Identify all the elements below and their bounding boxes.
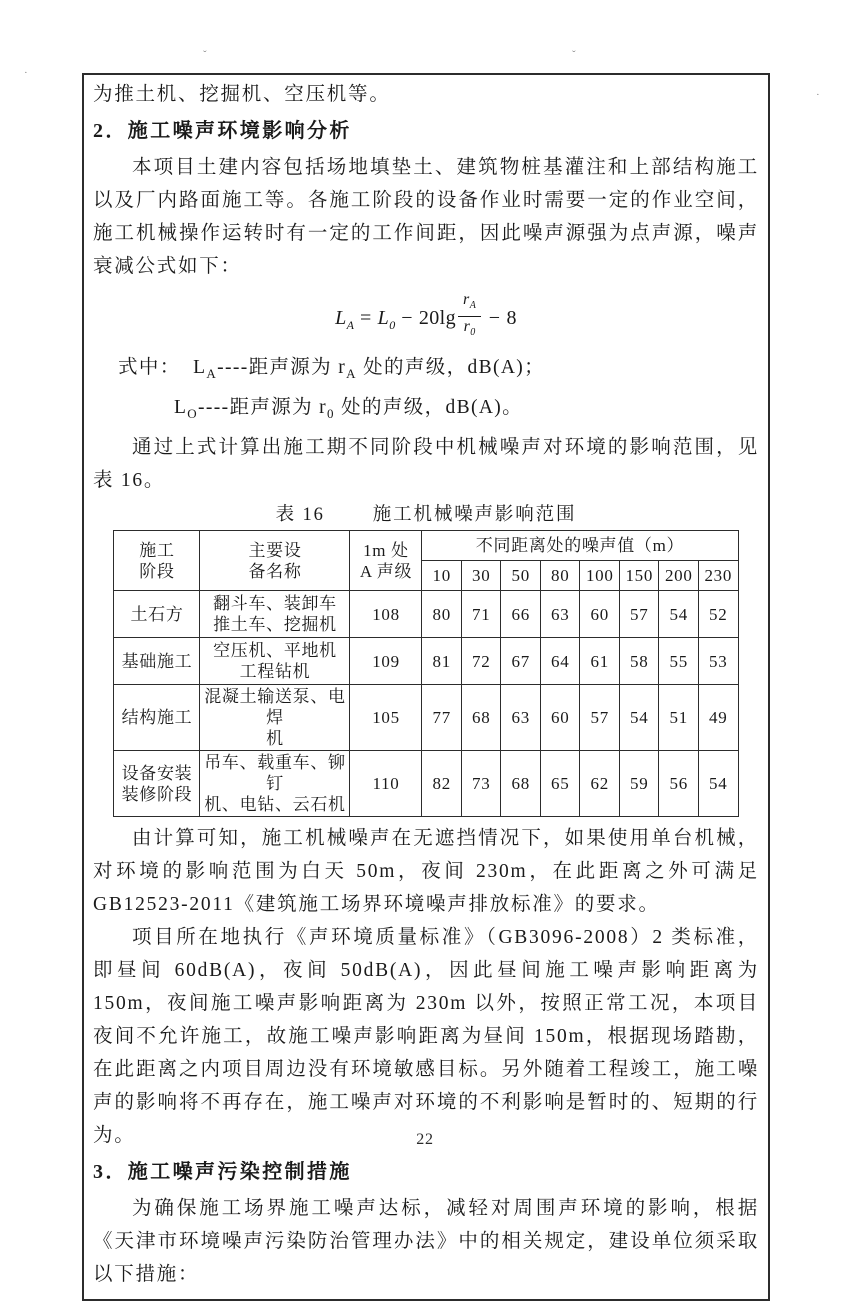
value-cell: 59: [619, 751, 659, 817]
formula-lhs: L: [335, 307, 347, 329]
section-2-paragraph-4: 项目所在地执行《声环境质量标准》（GB3096-2008）2 类标准，即昼间 6…: [93, 921, 759, 1152]
formula-log-term: 20lg: [419, 307, 456, 329]
value-cell: 65: [540, 751, 580, 817]
value-cell: 82: [422, 751, 462, 817]
value-cell: 54: [698, 751, 738, 817]
equipment-cell: 混凝土输送泵、电焊 机: [200, 685, 350, 751]
level-cell: 108: [350, 591, 422, 638]
table-row-earthwork: 土石方 翻斗车、装卸车 推土车、挖掘机 108 80 71 66 63 60 5…: [114, 591, 738, 638]
distance-header: 200: [659, 561, 699, 591]
paragraph-continuation: 为推土机、挖掘机、空压机等。: [93, 78, 759, 111]
value-cell: 52: [698, 591, 738, 638]
table-row-foundation: 基础施工 空压机、平地机 工程钻机 109 81 72 67 64 61 58 …: [114, 638, 738, 685]
section-2-paragraph-3: 由计算可知，施工机械噪声在无遮挡情况下，如果使用单台机械，对环境的影响范围为白天…: [93, 822, 759, 921]
value-cell: 73: [461, 751, 501, 817]
table-row-structure: 结构施工 混凝土输送泵、电焊 机 105 77 68 63 60 57 54 5…: [114, 685, 738, 751]
col-header-stage: 施工 阶段: [114, 531, 200, 591]
section-2-paragraph-2: 通过上式计算出施工期不同阶段中机械噪声对环境的影响范围，见表 16。: [93, 431, 759, 497]
value-cell: 63: [501, 685, 541, 751]
value-cell: 57: [580, 685, 620, 751]
level-cell: 105: [350, 685, 422, 751]
value-cell: 55: [659, 638, 699, 685]
stage-cell: 结构施工: [114, 685, 200, 751]
value-cell: 63: [540, 591, 580, 638]
scanned-document-page: { "intro": { "line": "为推土机、挖掘机、空压机等。" },…: [0, 0, 850, 1200]
distance-header: 80: [540, 561, 580, 591]
scan-speck: ·: [816, 90, 820, 101]
equipment-cell: 翻斗车、装卸车 推土车、挖掘机: [200, 591, 350, 638]
value-cell: 77: [422, 685, 462, 751]
level-cell: 109: [350, 638, 422, 685]
value-cell: 71: [461, 591, 501, 638]
noise-attenuation-formula: LA=L0−20lgrAr0−8: [93, 290, 759, 348]
scan-speck: ˇ: [572, 50, 576, 61]
formula-definition-la: 式中： LA----距声源为 rA 处的声级，dB(A)；: [93, 351, 759, 391]
stage-cell: 基础施工: [114, 638, 200, 685]
distance-header: 50: [501, 561, 541, 591]
content-border-frame: 为推土机、挖掘机、空压机等。 2．施工噪声环境影响分析 本项目土建内容包括场地填…: [82, 73, 770, 1301]
page-number: 22: [0, 1131, 850, 1149]
distance-header: 30: [461, 561, 501, 591]
distance-header: 230: [698, 561, 738, 591]
section-3-paragraph-1: 为确保施工场界施工噪声达标，减轻对周围声环境的影响，根据《天津市环境噪声污染防治…: [93, 1192, 759, 1291]
level-cell: 110: [350, 751, 422, 817]
value-cell: 58: [619, 638, 659, 685]
table-row-installation: 设备安装 装修阶段 吊车、载重车、铆钉 机、电钻、云石机 110 82 73 6…: [114, 751, 738, 817]
value-cell: 81: [422, 638, 462, 685]
formula-definition-lo: LO----距声源为 r0 处的声级，dB(A)。: [93, 391, 759, 431]
value-cell: 64: [540, 638, 580, 685]
value-cell: 68: [461, 685, 501, 751]
value-cell: 66: [501, 591, 541, 638]
formula-fraction: rAr0: [458, 290, 481, 342]
section-2-heading: 2．施工噪声环境影响分析: [93, 115, 759, 148]
value-cell: 72: [461, 638, 501, 685]
value-cell: 54: [619, 685, 659, 751]
equipment-cell: 空压机、平地机 工程钻机: [200, 638, 350, 685]
value-cell: 51: [659, 685, 699, 751]
value-cell: 60: [580, 591, 620, 638]
col-header-level-1m: 1m 处 A 声级: [350, 531, 422, 591]
col-header-distance-group: 不同距离处的噪声值（m）: [422, 531, 738, 561]
value-cell: 68: [501, 751, 541, 817]
value-cell: 67: [501, 638, 541, 685]
table-16-caption: 表 16施工机械噪声影响范围: [93, 500, 759, 526]
value-cell: 80: [422, 591, 462, 638]
value-cell: 60: [540, 685, 580, 751]
value-cell: 49: [698, 685, 738, 751]
col-header-equipment: 主要设 备名称: [200, 531, 350, 591]
section-2-paragraph-1: 本项目土建内容包括场地填垫土、建筑物桩基灌注和上部结构施工以及厂内路面施工等。各…: [93, 151, 759, 283]
equipment-cell: 吊车、载重车、铆钉 机、电钻、云石机: [200, 751, 350, 817]
scan-speck: ·: [24, 68, 28, 79]
value-cell: 56: [659, 751, 699, 817]
distance-header: 10: [422, 561, 462, 591]
stage-cell: 设备安装 装修阶段: [114, 751, 200, 817]
table-16-label: 表 16: [276, 505, 325, 525]
scan-speck: ˇ: [203, 50, 207, 61]
stage-cell: 土石方: [114, 591, 200, 638]
table-16: 施工 阶段 主要设 备名称 1m 处 A 声级 不同距离处的噪声值（m） 10 …: [113, 530, 738, 817]
value-cell: 61: [580, 638, 620, 685]
distance-header: 150: [619, 561, 659, 591]
value-cell: 53: [698, 638, 738, 685]
value-cell: 62: [580, 751, 620, 817]
table-16-title: 施工机械噪声影响范围: [373, 505, 577, 525]
distance-header: 100: [580, 561, 620, 591]
value-cell: 57: [619, 591, 659, 638]
section-3-heading: 3．施工噪声污染控制措施: [93, 1156, 759, 1189]
value-cell: 54: [659, 591, 699, 638]
